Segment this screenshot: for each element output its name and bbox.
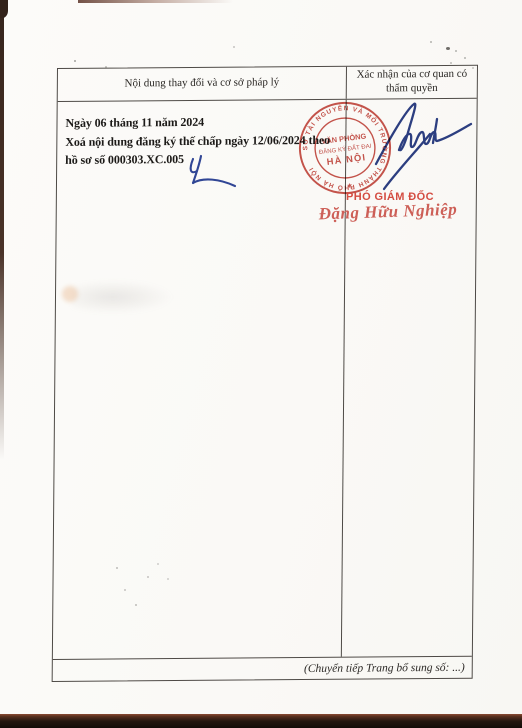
scan-edge-bottom (0, 714, 522, 728)
dust-speck (124, 589, 126, 591)
scan-edge-top (78, 0, 233, 3)
director-signature-icon (348, 92, 480, 196)
dust-speck (446, 47, 450, 50)
dust-speck (430, 41, 432, 43)
dust-speck (464, 57, 466, 59)
header-content-column: Nội dung thay đổi và cơ sở pháp lý (58, 67, 347, 101)
dust-speck (147, 576, 149, 578)
continuation-note: (Chuyển tiếp Trang bổ sung số: ...) (304, 661, 465, 674)
scanned-document-page: Nội dung thay đổi và cơ sở pháp lý Xác n… (0, 0, 522, 728)
dust-speck (135, 604, 137, 606)
dust-speck (105, 66, 107, 68)
scan-corner-top-left (0, 0, 8, 18)
dust-speck (116, 567, 118, 569)
table-footer-row: (Chuyển tiếp Trang bổ sung số: ...) (53, 656, 472, 681)
dust-speck (450, 62, 452, 64)
dust-speck (455, 50, 457, 52)
scan-edge-left (0, 0, 4, 460)
faint-warm-spot (62, 286, 78, 302)
dust-speck (233, 46, 235, 48)
pen-scribble-icon (182, 150, 242, 192)
faint-smudge (72, 280, 174, 314)
dust-speck (74, 60, 76, 62)
dust-speck (157, 563, 159, 565)
dust-speck (472, 67, 474, 69)
dust-speck (167, 578, 169, 580)
